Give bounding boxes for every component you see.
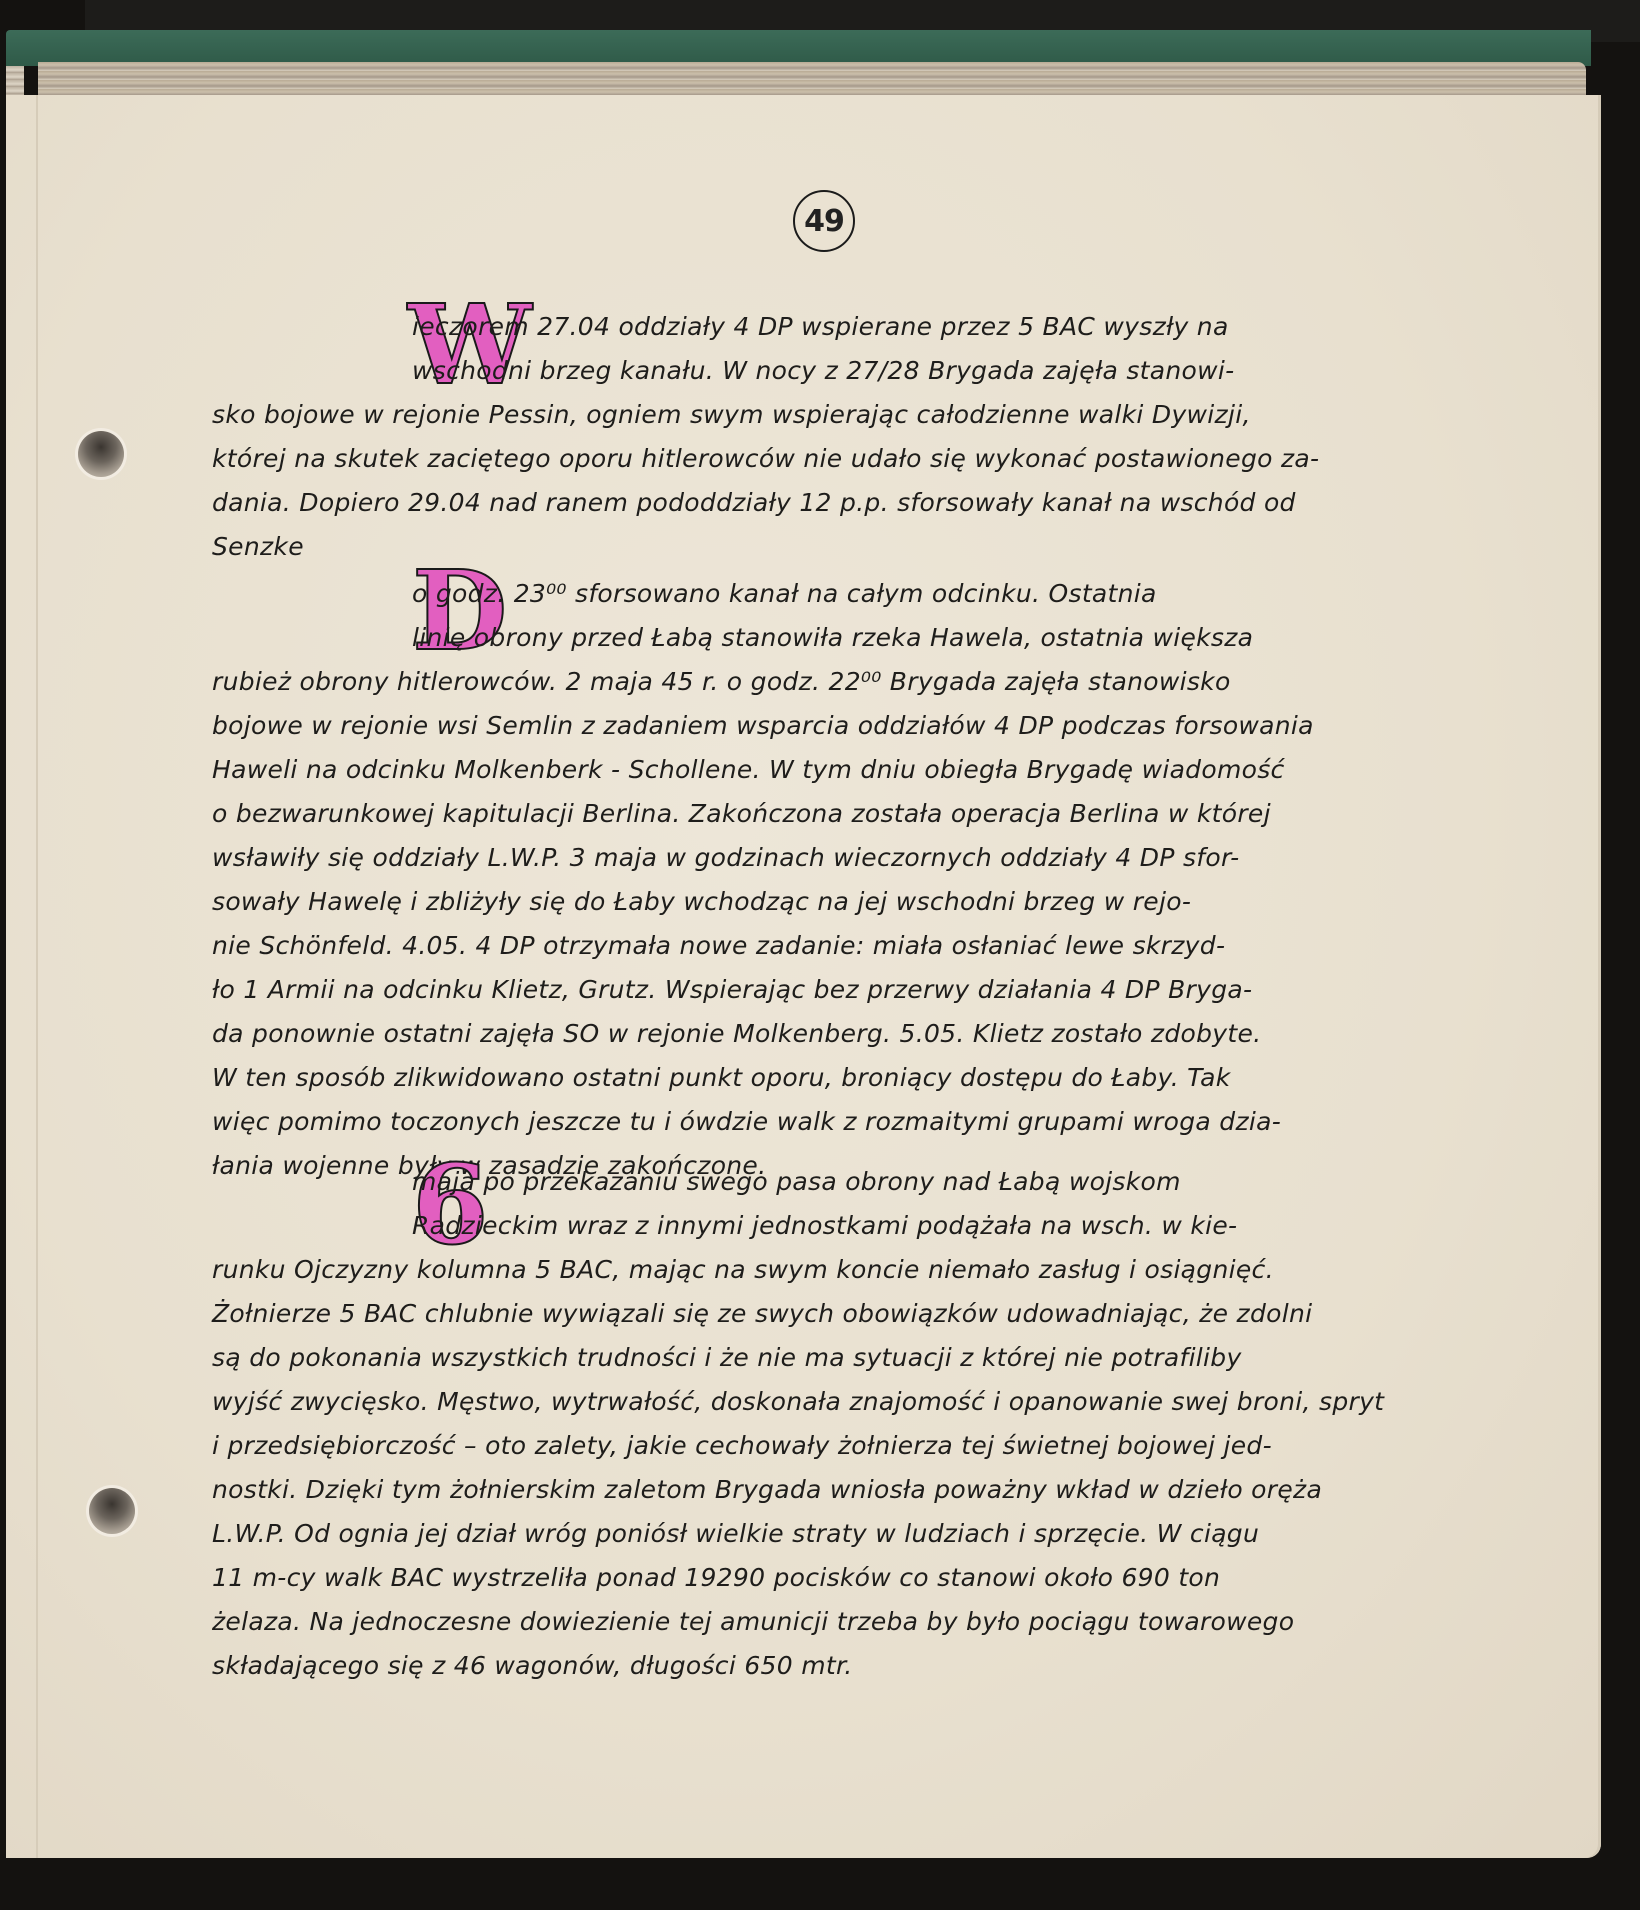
page-number: 49 xyxy=(793,190,855,252)
text-line: runku Ojczyzny kolumna 5 BAC, mając na s… xyxy=(212,1248,1407,1292)
paragraph-3: maja po przekazaniu swego pasa obrony na… xyxy=(212,1160,1407,1688)
text-line: żelaza. Na jednoczesne dowiezienie tej a… xyxy=(212,1600,1407,1644)
text-line: rubież obrony hitlerowców. 2 maja 45 r. … xyxy=(212,660,1407,704)
text-line: sowały Hawelę i zbliżyły się do Łaby wch… xyxy=(212,880,1407,924)
text-line: Senzke xyxy=(212,525,1407,569)
text-line: ło 1 Armii na odcinku Klietz, Grutz. Wsp… xyxy=(212,968,1407,1012)
text-line: są do pokonania wszystkich trudności i ż… xyxy=(212,1336,1407,1380)
page-stack-edge-left xyxy=(6,66,24,96)
book-cover-spine xyxy=(6,30,1591,66)
punch-hole-icon xyxy=(89,1488,135,1534)
text-line: Żołnierze 5 BAC chlubnie wywiązali się z… xyxy=(212,1292,1407,1336)
text-line: bojowe w rejonie wsi Semlin z zadaniem w… xyxy=(212,704,1407,748)
text-line: L.W.P. Od ognia jej dział wróg poniósł w… xyxy=(212,1512,1407,1556)
text-line: linię obrony przed Łabą stanowiła rzeka … xyxy=(212,616,1407,660)
page-stack-edge xyxy=(38,62,1586,96)
text-line: maja po przekazaniu swego pasa obrony na… xyxy=(212,1160,1407,1204)
text-line: 11 m-cy walk BAC wystrzeliła ponad 19290… xyxy=(212,1556,1407,1600)
text-line: wschodni brzeg kanału. W nocy z 27/28 Br… xyxy=(212,349,1407,393)
text-line: składającego się z 46 wagonów, długości … xyxy=(212,1644,1407,1688)
text-line: Haweli na odcinku Molkenberk - Schollene… xyxy=(212,748,1407,792)
text-line: sko bojowe w rejonie Pessin, ogniem swym… xyxy=(212,393,1407,437)
text-line: nostki. Dzięki tym żołnierskim zaletom B… xyxy=(212,1468,1407,1512)
text-line: dania. Dopiero 29.04 nad ranem pododdzia… xyxy=(212,481,1407,525)
text-line: W ten sposób zlikwidowano ostatni punkt … xyxy=(212,1056,1407,1100)
text-line: o bezwarunkowej kapitulacji Berlina. Zak… xyxy=(212,792,1407,836)
paragraph-2: o godz. 23⁰⁰ sforsowano kanał na całym o… xyxy=(212,572,1407,1188)
punch-hole-icon xyxy=(78,431,124,477)
text-line: więc pomimo toczonych jeszcze tu i ówdzi… xyxy=(212,1100,1407,1144)
text-line: wsławiły się oddziały L.W.P. 3 maja w go… xyxy=(212,836,1407,880)
text-line: i przedsiębiorczość – oto zalety, jakie … xyxy=(212,1424,1407,1468)
text-line: o godz. 23⁰⁰ sforsowano kanał na całym o… xyxy=(212,572,1407,616)
paragraph-1: ieczorem 27.04 oddziały 4 DP wspierane p… xyxy=(212,305,1407,569)
text-line: nie Schönfeld. 4.05. 4 DP otrzymała nowe… xyxy=(212,924,1407,968)
text-line: da ponownie ostatni zajęła SO w rejonie … xyxy=(212,1012,1407,1056)
text-line: Radzieckim wraz z innymi jednostkami pod… xyxy=(212,1204,1407,1248)
text-line: ieczorem 27.04 oddziały 4 DP wspierane p… xyxy=(212,305,1407,349)
text-line: której na skutek zaciętego oporu hitlero… xyxy=(212,437,1407,481)
text-line: wyjść zwycięsko. Męstwo, wytrwałość, dos… xyxy=(212,1380,1407,1424)
binding-fold-line xyxy=(36,95,38,1858)
